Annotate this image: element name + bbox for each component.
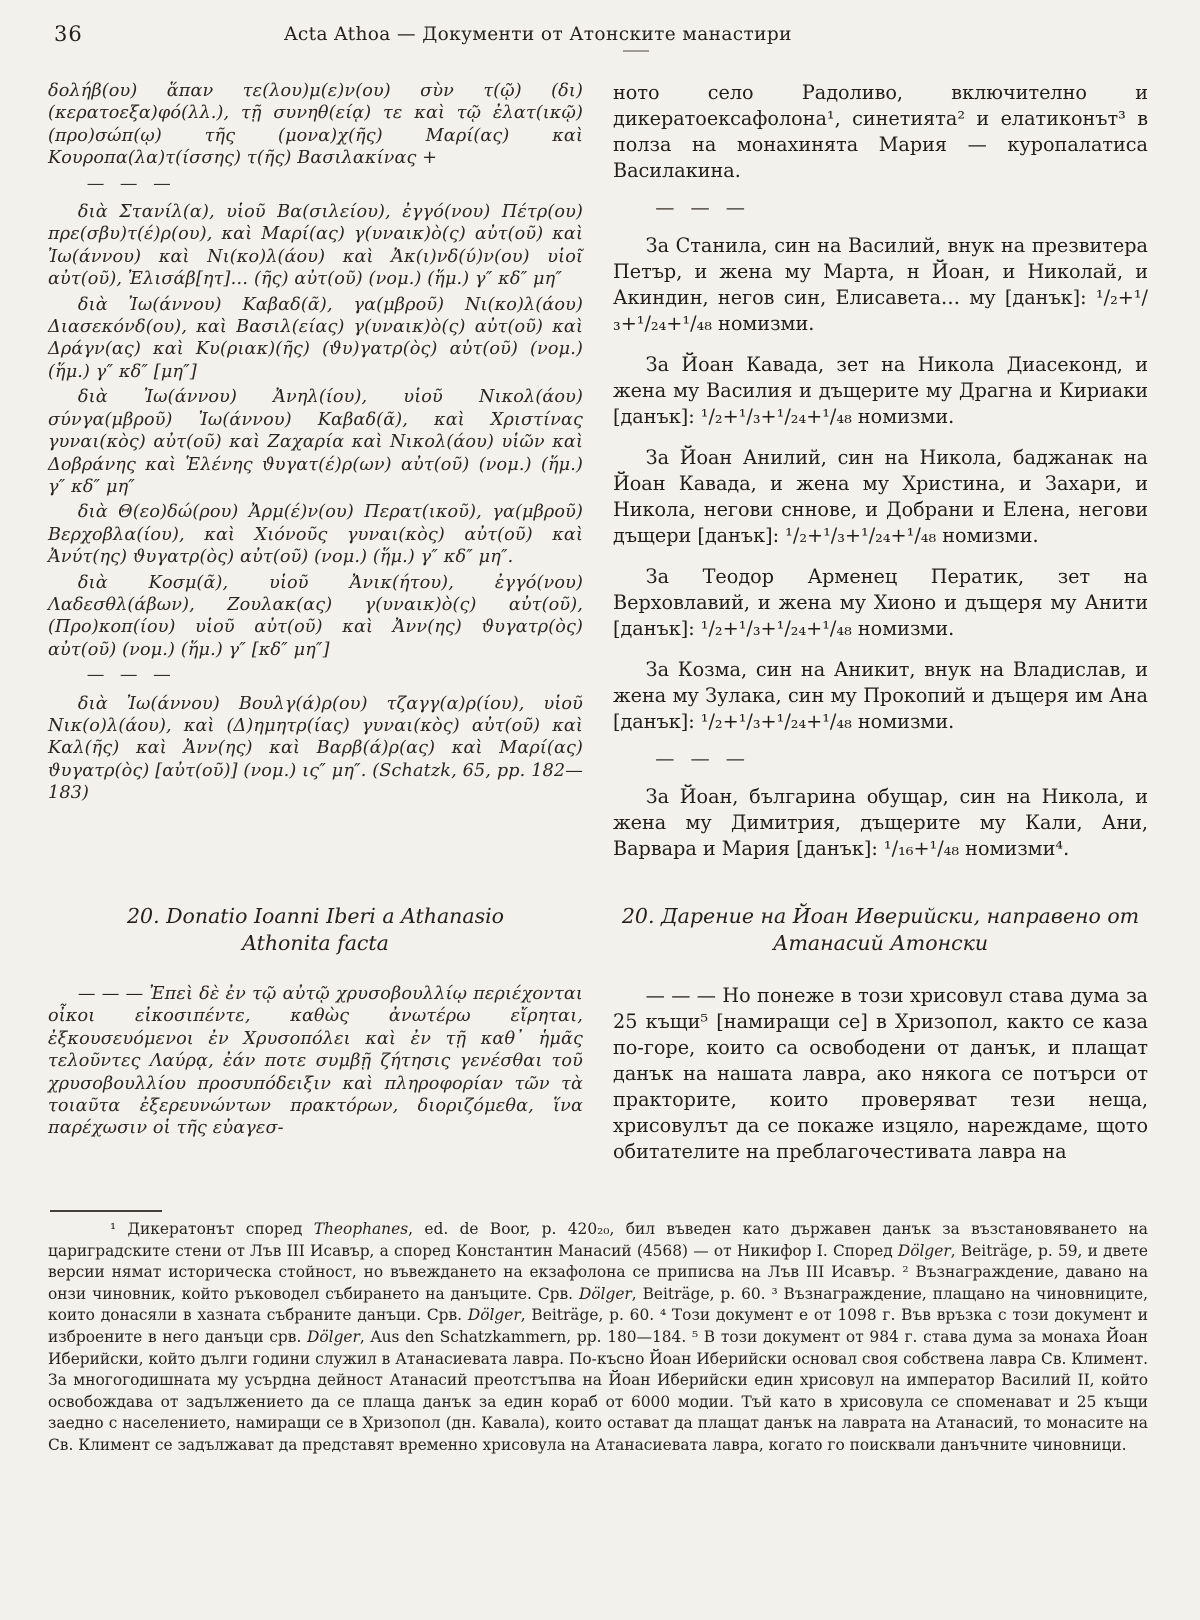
- greek-paragraph: διὰ Κοσμ(ᾶ), υἱοῦ Ἀνικ(ήτου), ἐγγό(νου) …: [48, 572, 583, 662]
- bulgarian-column-lower: — — — Но понеже в този хрисовул става ду…: [613, 983, 1148, 1180]
- running-title: Acta Athoa — Документи от Атонските мана…: [48, 24, 1028, 45]
- bulgarian-paragraph: За Станила, син на Василий, внук на през…: [613, 233, 1148, 337]
- bulgarian-paragraph: За Йоан Кавада, зет на Никола Диасеконд,…: [613, 352, 1148, 430]
- scanned-book-page: 36 Acta Athoa — Документи от Атонските м…: [0, 0, 1200, 1620]
- bulgarian-column-upper: ното село Радоливо, включително и дикера…: [613, 80, 1148, 877]
- footnotes-block: ¹ Дикератонът според Theophanes, ed. de …: [48, 1210, 1148, 1457]
- greek-paragraph: διὰ Θ(εο)δώ(ρου) Ἀρμ(έ)ν(ου) Περατ(ικοῦ)…: [48, 501, 583, 568]
- greek-paragraph: διὰ Ἰω(άννου) Βουλγ(ά)ρ(ου) τζαγγ(α)ρ(ίο…: [48, 693, 583, 805]
- bulgarian-paragraph: За Козма, син на Аникит, внук на Владисл…: [613, 657, 1148, 735]
- section-separator: — — —: [613, 746, 1148, 772]
- section-separator: — — —: [613, 195, 1148, 221]
- footnote-rule: [50, 1210, 162, 1212]
- greek-paragraph: διὰ Ἰω(άννου) Ἀνηλ(ίου), υἱοῦ Νικολ(άου)…: [48, 386, 583, 498]
- section-heading-latin: 20. Donatio Ioanni Iberi a Athanasio Ath…: [96, 903, 536, 957]
- greek-column-lower: — — — Ἐπεὶ δὲ ἐν τῷ αὐτῷ χρυσοβουλλίῳ πε…: [48, 983, 583, 1143]
- bulgarian-paragraph: — — — Но понеже в този хрисовул става ду…: [613, 983, 1148, 1165]
- greek-column-upper: δολήβ(ου) ἅπαν τε(λου)μ(ε)ν(ου) σὺν τ(ῷ)…: [48, 80, 583, 808]
- section-separator: — — —: [48, 664, 583, 686]
- section-heading-bulgarian: 20. Дарение на Йоан Иверийски, направено…: [613, 903, 1148, 957]
- greek-paragraph: διὰ Ἰω(άννου) Καβαδ(ᾶ), γα(μβροῦ) Νι(κο)…: [48, 294, 583, 384]
- scan-artifact: [623, 50, 649, 52]
- bulgarian-paragraph: За Йоан, българина обущар, син на Никола…: [613, 784, 1148, 862]
- footnote-text: ¹ Дикератонът според Theophanes, ed. de …: [48, 1219, 1148, 1457]
- greek-paragraph: διὰ Στανίλ(α), υἱοῦ Βα(σιλείου), ἐγγό(νο…: [48, 201, 583, 291]
- greek-paragraph: — — — Ἐπεὶ δὲ ἐν τῷ αὐτῷ χρυσοβουλλίῳ πε…: [48, 983, 583, 1140]
- greek-paragraph: δολήβ(ου) ἅπαν τε(λου)μ(ε)ν(ου) σὺν τ(ῷ)…: [48, 80, 583, 170]
- bulgarian-paragraph: ното село Радоливо, включително и дикера…: [613, 80, 1148, 184]
- bulgarian-paragraph: За Йоан Анилий, син на Никола, баджанак …: [613, 445, 1148, 549]
- running-head: 36 Acta Athoa — Документи от Атонските м…: [48, 20, 1148, 54]
- bulgarian-paragraph: За Теодор Арменец Ператик, зет на Верхов…: [613, 564, 1148, 642]
- section-separator: — — —: [48, 173, 583, 195]
- two-column-content: δολήβ(ου) ἅπαν τε(λου)μ(ε)ν(ου) σὺν τ(ῷ)…: [48, 80, 1148, 1180]
